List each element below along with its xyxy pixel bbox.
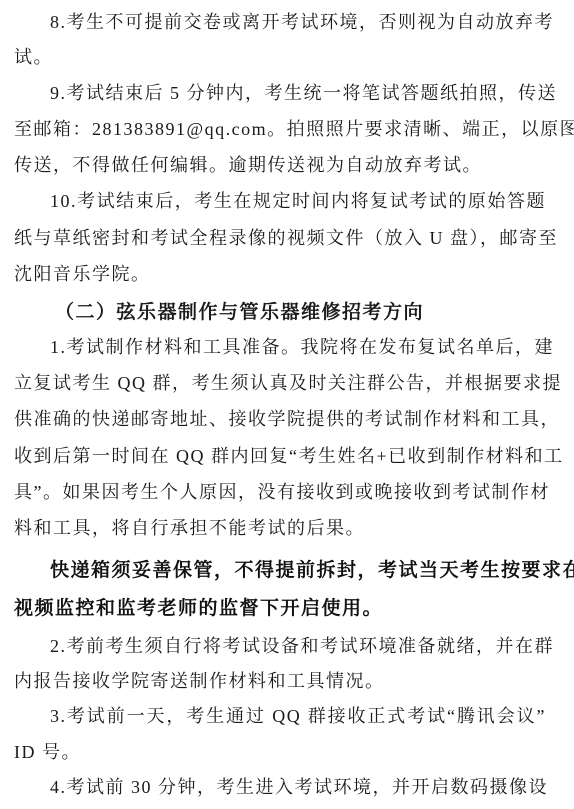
paragraph-sec2-item-1-line-4: 收到后第一时间在 QQ 群内回复“考生姓名+已收到制作材料和工 bbox=[14, 441, 546, 471]
paragraph-sec2-item-3-line-2: ID 号。 bbox=[14, 737, 546, 767]
section-heading: （二）弦乐器制作与管乐器维修招考方向 bbox=[55, 297, 395, 327]
bold-notice-line-2: 视频监控和监考老师的监督下开启使用。 bbox=[14, 593, 546, 623]
paragraph-item-10-line-3: 沈阳音乐学院。 bbox=[14, 259, 546, 289]
paragraph-sec2-item-3-line-1: 3.考试前一天，考生通过 QQ 群接收正式考试“腾讯会议” bbox=[50, 701, 546, 731]
paragraph-sec2-item-1-line-2: 立复试考生 QQ 群，考生须认真及时关注群公告，并根据要求提 bbox=[14, 368, 546, 398]
paragraph-sec2-item-1-line-6: 料和工具，将自行承担不能考试的后果。 bbox=[14, 513, 546, 543]
bold-notice-line-1: 快递箱须妥善保管，不得提前拆封，考试当天考生按要求在 bbox=[50, 555, 546, 585]
paragraph-sec2-item-2-line-2: 内报告接收学院寄送制作材料和工具情况。 bbox=[14, 666, 546, 696]
paragraph-sec2-item-1-line-3: 供准确的快递邮寄地址、接收学院提供的考试制作材料和工具， bbox=[14, 404, 546, 434]
paragraph-sec2-item-4-line-1: 4.考试前 30 分钟，考生进入考试环境，并开启数码摄像设 bbox=[50, 772, 546, 802]
paragraph-item-9-line-1: 9.考试结束后 5 分钟内，考生统一将笔试答题纸拍照，传送 bbox=[50, 78, 546, 108]
paragraph-sec2-item-2-line-1: 2.考前考生须自行将考试设备和考试环境准备就绪，并在群 bbox=[50, 631, 546, 661]
paragraph-sec2-item-1-line-5: 具”。如果因考生个人原因，没有接收到或晚接收到考试制作材 bbox=[14, 477, 546, 507]
paragraph-item-9-line-2: 至邮箱：281383891@qq.com。拍照照片要求清晰、端正，以原图 bbox=[14, 114, 546, 144]
paragraph-sec2-item-1-line-1: 1.考试制作材料和工具准备。我院将在发布复试名单后，建 bbox=[50, 332, 546, 362]
paragraph-item-8-line-2: 试。 bbox=[14, 42, 546, 72]
paragraph-item-10-line-1: 10.考试结束后，考生在规定时间内将复试考试的原始答题 bbox=[50, 186, 546, 216]
paragraph-item-8-line-1: 8.考生不可提前交卷或离开考试环境，否则视为自动放弃考 bbox=[50, 7, 546, 37]
paragraph-item-10-line-2: 纸与草纸密封和考试全程录像的视频文件（放入 U 盘），邮寄至 bbox=[14, 223, 546, 253]
document-page: 8.考生不可提前交卷或离开考试环境，否则视为自动放弃考 试。 9.考试结束后 5… bbox=[0, 0, 574, 809]
paragraph-item-9-line-3: 传送，不得做任何编辑。逾期传送视为自动放弃考试。 bbox=[14, 150, 546, 180]
